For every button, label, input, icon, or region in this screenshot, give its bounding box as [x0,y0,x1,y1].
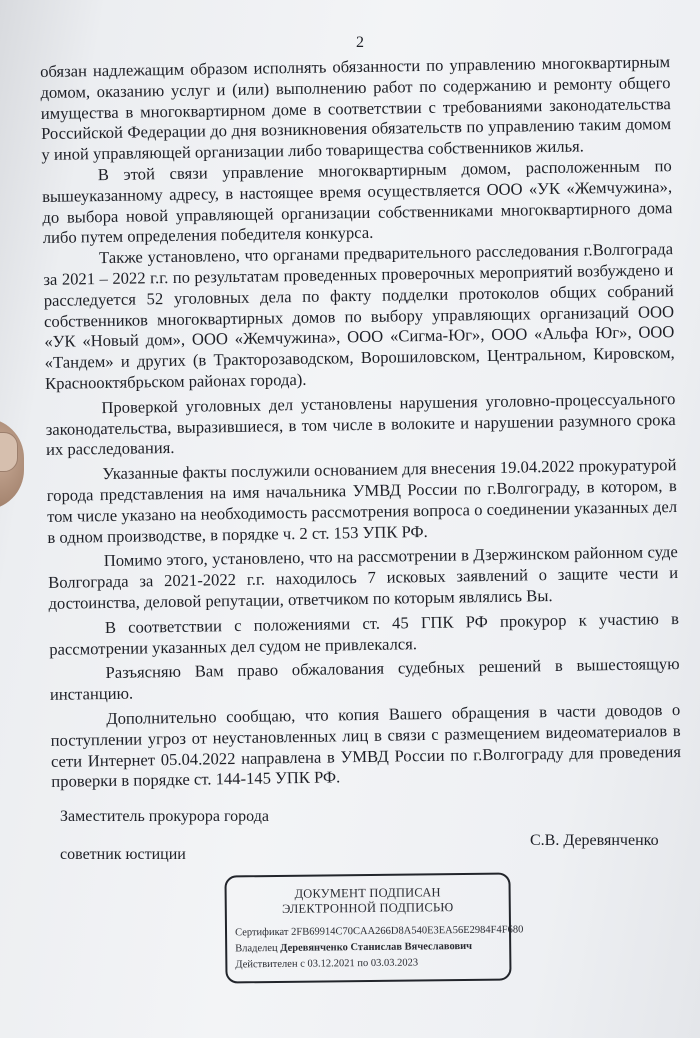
signatory-name: С.В. Деревянченко [530,832,659,850]
paragraph-6: Помимо этого, установлено, что на рассмо… [48,542,679,614]
valid-to-label: по [357,958,368,969]
stamp-title-2: ЭЛЕКТРОННОЙ ПОДПИСЬЮ [235,900,501,918]
valid-from-label: Действителен с [235,959,305,971]
signatory-rank: советник юстиции [60,846,186,864]
signatory-position: Заместитель прокурора города [60,808,269,826]
paragraph-1: обязан надлежащим образом исполнять обяз… [40,52,672,166]
electronic-signature-stamp: ДОКУМЕНТ ПОДПИСАН ЭЛЕКТРОННОЙ ПОДПИСЬЮ С… [224,873,511,984]
paragraph-5: Указанные факты послужили основанием для… [46,455,677,548]
owner-value: Деревянченко Станислав Вячеславович [280,941,472,954]
finger-holding-page [0,418,24,510]
fingernail [0,432,18,472]
paragraph-3: Также установлено, что органами предвари… [43,239,675,394]
certificate-label: Сертификат [235,927,289,939]
paragraph-4: Проверкой уголовных дел установлены нару… [45,389,676,461]
paragraph-2: В этой связи управление многоквартирным … [42,156,673,249]
certificate-value: 2FB69914C70CAA266D8A540E3EA56E2984F4F680 [291,924,523,937]
valid-from: 03.12.2021 [307,958,354,969]
paragraph-7: В соответствии с положениями ст. 45 ГПК … [49,609,680,660]
owner-label: Владелец [235,943,278,954]
letter-body: обязан надлежащим образом исполнять обяз… [40,52,681,793]
paragraph-9: Дополнительно сообщаю, что копия Вашего … [50,700,681,793]
valid-to: 03.03.2023 [371,957,418,968]
stamp-owner: Владелец Деревянченко Станислав Вячеслав… [235,939,501,958]
stamp-validity: Действителен с 03.12.2021 по 03.03.2023 [235,955,501,974]
paragraph-8: Разъясняю Вам право обжалования судебных… [49,654,680,705]
page-number: 2 [0,34,700,52]
